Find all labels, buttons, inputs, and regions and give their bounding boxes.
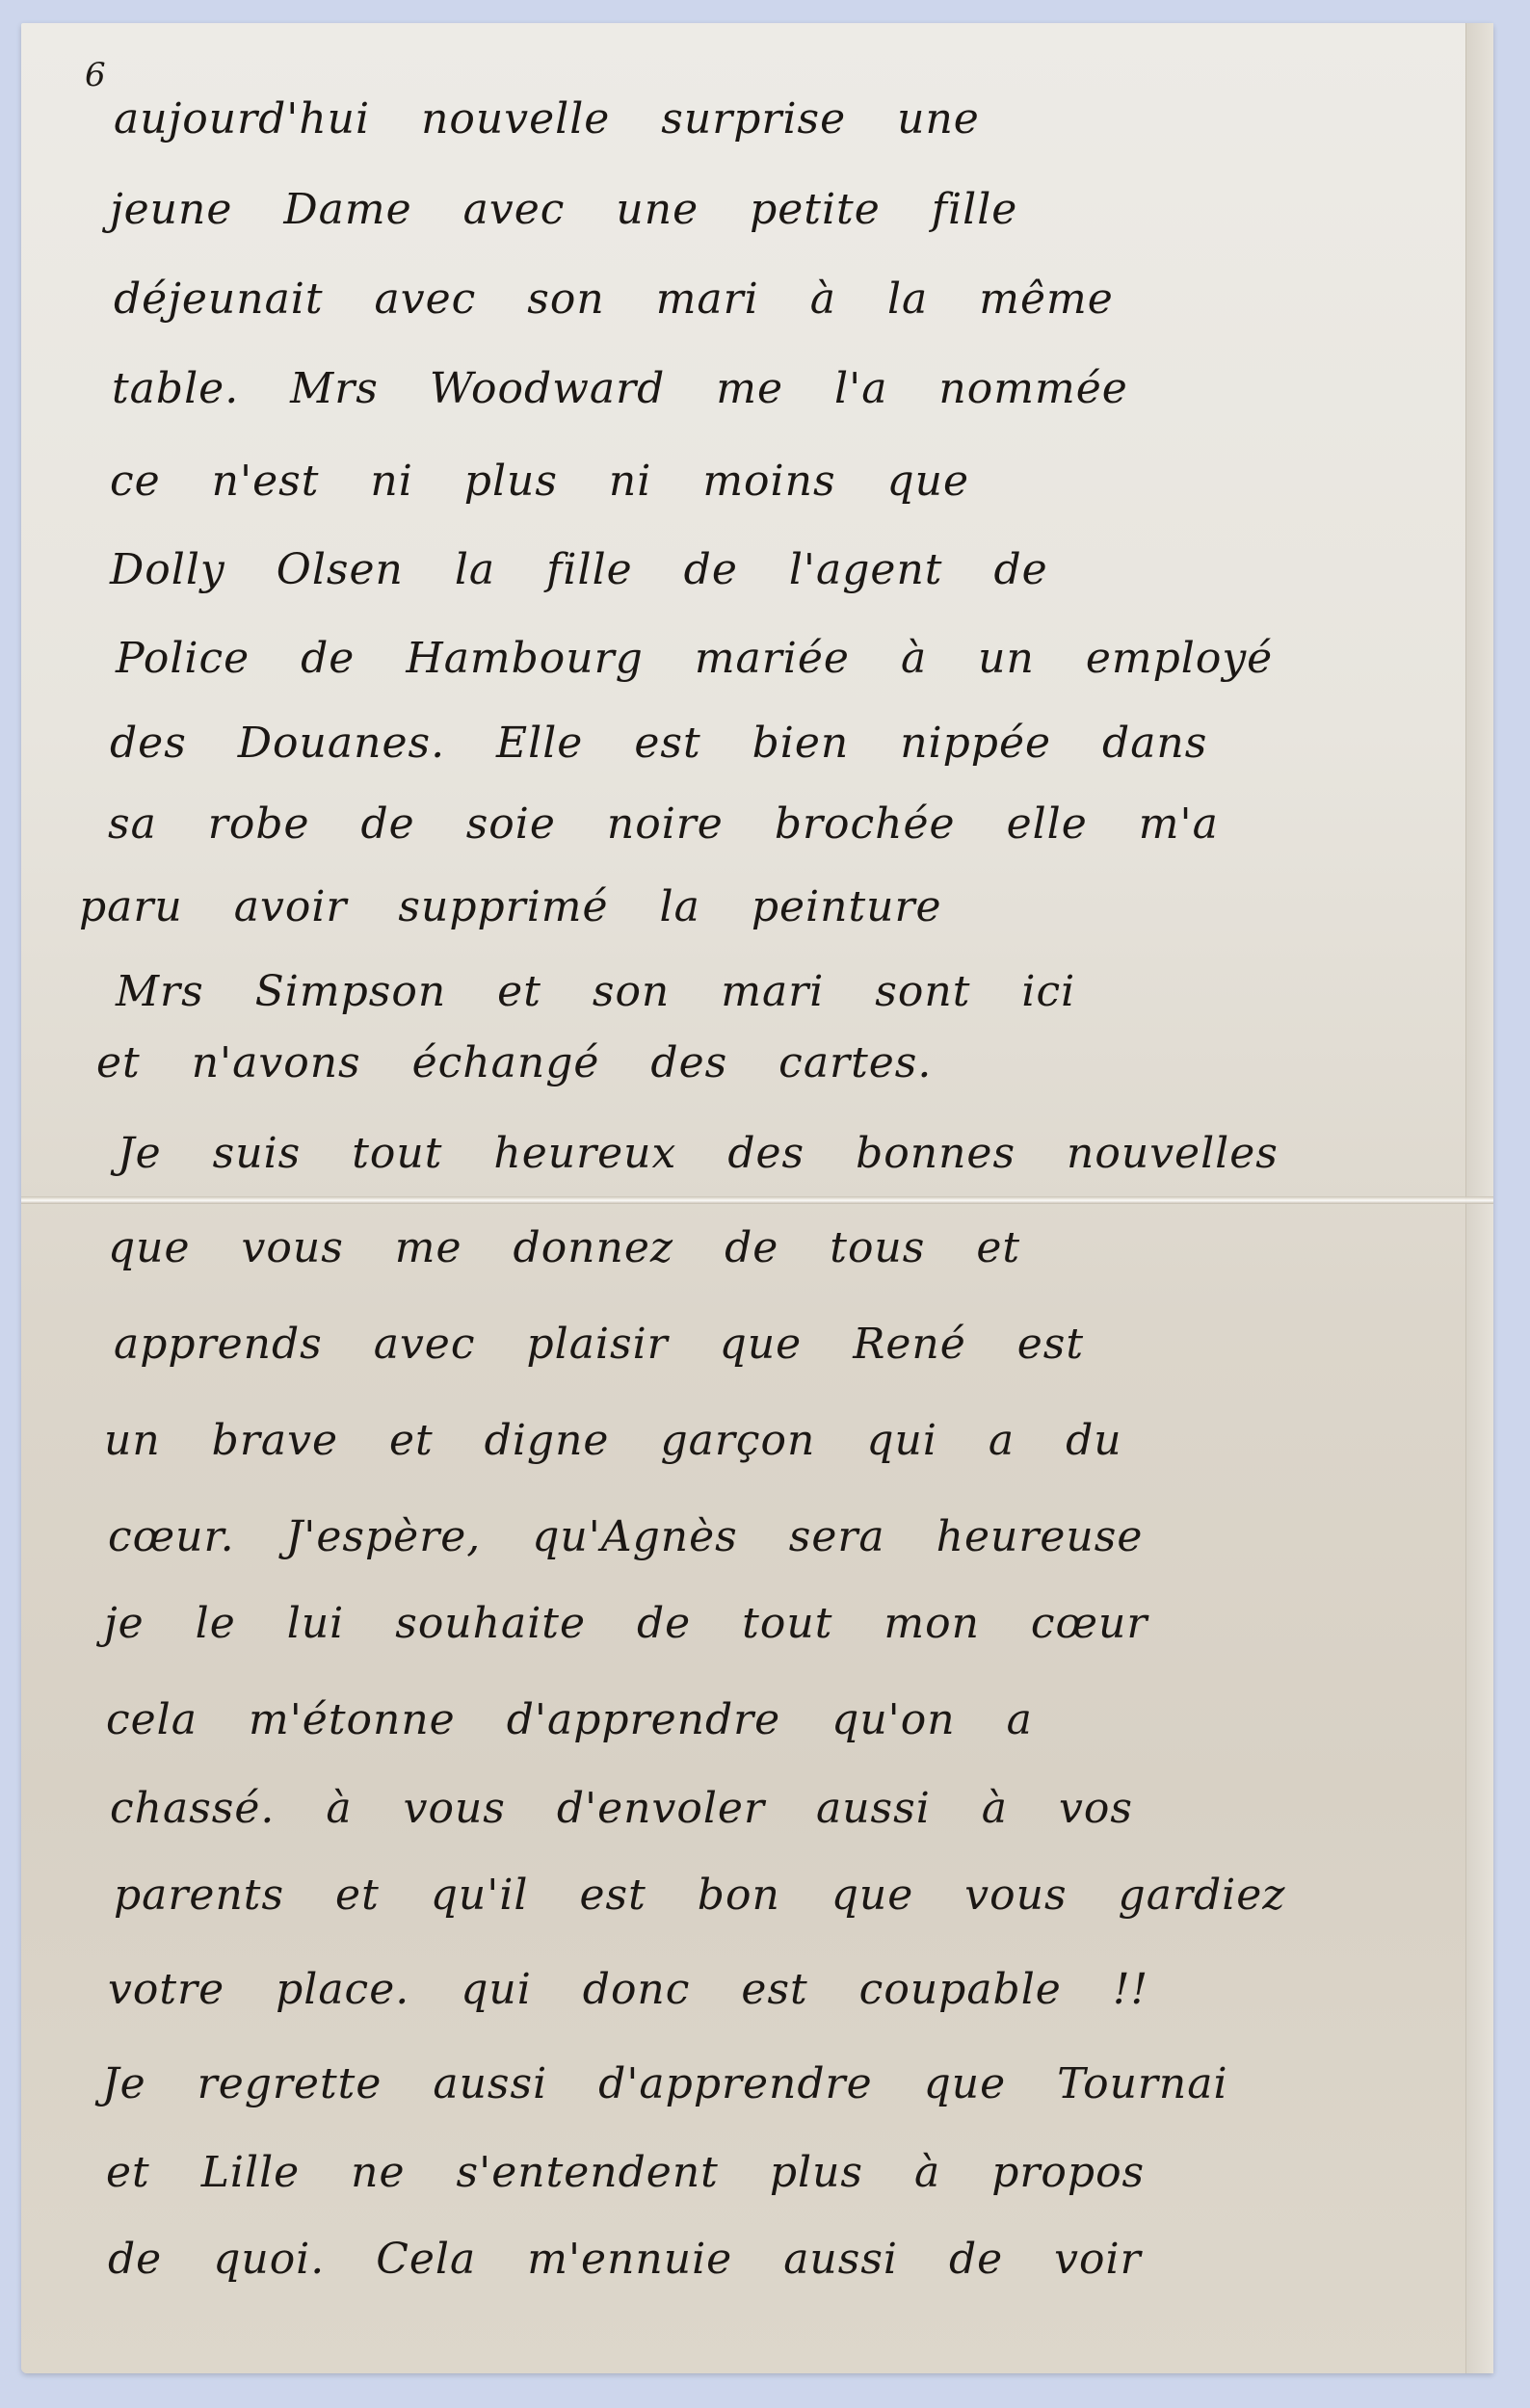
text-line: chassé. à vous d'envoler aussi à vos: [110, 1788, 1401, 1830]
text-line: parents et qu'il est bon que vous gardie…: [114, 1874, 1405, 1917]
text-line: que vous me donnez de tous et: [108, 1227, 1399, 1269]
text-line: de quoi. Cela m'ennuie aussi de voir: [108, 2238, 1399, 2281]
letter-sheet: 6 aujourd'hui nouvelle surprise une jeun…: [21, 23, 1493, 2373]
text-line: Mrs Simpson et son mari sont ici: [116, 971, 1407, 1013]
text-line: jeune Dame avec une petite fille: [110, 189, 1401, 231]
text-line: des Douanes. Elle est bien nippée dans: [110, 722, 1401, 765]
text-line: Dolly Olsen la fille de l'agent de: [110, 549, 1401, 591]
text-line: et Lille ne s'entendent plus à propos: [106, 2152, 1397, 2194]
text-line: paru avoir supprimé la peinture: [79, 886, 1370, 929]
handwritten-text-body: aujourd'hui nouvelle surprise une jeune …: [21, 23, 1493, 2373]
text-line: aujourd'hui nouvelle surprise une: [114, 98, 1405, 141]
text-line: déjeunait avec son mari à la même: [114, 278, 1405, 321]
text-line: un brave et digne garçon qui a du: [104, 1420, 1395, 1462]
text-line: Police de Hambourg mariée à un employé: [116, 638, 1407, 680]
text-line: table. Mrs Woodward me l'a nommée: [112, 368, 1403, 410]
text-line: sa robe de soie noire brochée elle m'a: [108, 803, 1399, 846]
text-line: Je regrette aussi d'apprendre que Tourna…: [102, 2063, 1393, 2106]
text-line: votre place. qui donc est coupable !!: [108, 1969, 1399, 2011]
text-line: cœur. J'espère, qu'Agnès sera heureuse: [108, 1516, 1399, 1558]
text-line: je le lui souhaite de tout mon cœur: [104, 1603, 1395, 1645]
text-line: apprends avec plaisir que René est: [114, 1323, 1405, 1366]
text-line: cela m'étonne d'apprendre qu'on a: [106, 1699, 1397, 1741]
text-line: et n'avons échangé des cartes.: [96, 1042, 1387, 1085]
text-line: Je suis tout heureux des bonnes nouvelle…: [118, 1133, 1409, 1175]
text-line: ce n'est ni plus ni moins que: [110, 460, 1401, 503]
